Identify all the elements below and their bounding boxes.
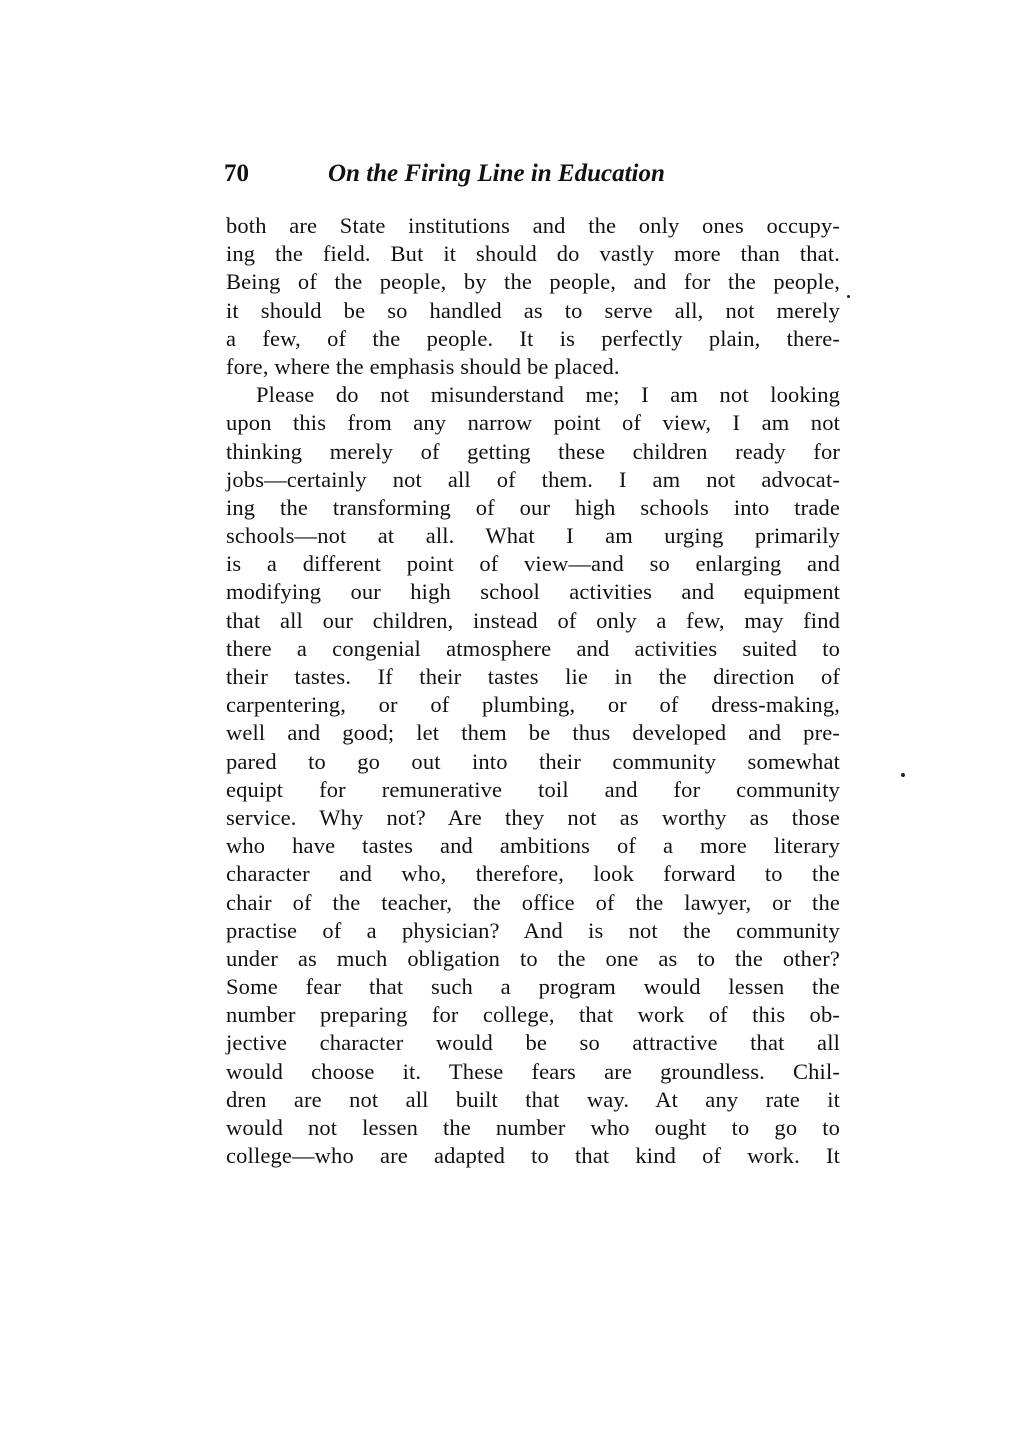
text-line: carpentering, or of plumbing, or of dres… [226, 691, 840, 719]
book-title: On the Firing Line in Education [328, 158, 665, 190]
text-line: would choose it. These fears are groundl… [226, 1058, 840, 1086]
text-line: that all our children, instead of only a… [226, 607, 840, 635]
scan-speck [847, 295, 850, 298]
page-number: 70 [224, 158, 249, 190]
body-text: both are State institutions and the only… [226, 212, 840, 1170]
running-head: 70 On the Firing Line in Education [224, 158, 844, 190]
text-line: jobs—certainly not all of them. I am not… [226, 466, 840, 494]
text-line: practise of a physician? And is not the … [226, 917, 840, 945]
text-line: character and who, therefore, look forwa… [226, 860, 840, 888]
text-line: it should be so handled as to serve all,… [226, 297, 840, 325]
text-line: modifying our high school activities and… [226, 578, 840, 606]
text-line: well and good; let them be thus develope… [226, 719, 840, 747]
text-line: both are State institutions and the only… [226, 212, 840, 240]
text-line: equipt for remunerative toil and for com… [226, 776, 840, 804]
text-line: ing the transforming of our high schools… [226, 494, 840, 522]
text-line: Please do not misunderstand me; I am not… [226, 381, 840, 409]
text-line: under as much obligation to the one as t… [226, 945, 840, 973]
text-line: college—who are adapted to that kind of … [226, 1142, 840, 1170]
scanned-book-page: 70 On the Firing Line in Education both … [0, 0, 1010, 1454]
text-line: thinking merely of getting these childre… [226, 438, 840, 466]
text-line: their tastes. If their tastes lie in the… [226, 663, 840, 691]
text-line: service. Why not? Are they not as worthy… [226, 804, 840, 832]
text-line: there a congenial atmosphere and activit… [226, 635, 840, 663]
text-line: is a different point of view—and so enla… [226, 550, 840, 578]
text-line: jective character would be so attractive… [226, 1029, 840, 1057]
text-line: number preparing for college, that work … [226, 1001, 840, 1029]
scan-speck [901, 773, 905, 777]
text-line: fore, where the emphasis should be place… [226, 353, 840, 381]
text-line: would not lessen the number who ought to… [226, 1114, 840, 1142]
text-line: Being of the people, by the people, and … [226, 268, 840, 296]
text-line: upon this from any narrow point of view,… [226, 409, 840, 437]
text-line: pared to go out into their community som… [226, 748, 840, 776]
text-line: who have tastes and ambitions of a more … [226, 832, 840, 860]
text-line: a few, of the people. It is perfectly pl… [226, 325, 840, 353]
text-line: ing the field. But it should do vastly m… [226, 240, 840, 268]
text-line: Some fear that such a program would less… [226, 973, 840, 1001]
text-line: schools—not at all. What I am urging pri… [226, 522, 840, 550]
text-line: dren are not all built that way. At any … [226, 1086, 840, 1114]
text-line: chair of the teacher, the office of the … [226, 889, 840, 917]
